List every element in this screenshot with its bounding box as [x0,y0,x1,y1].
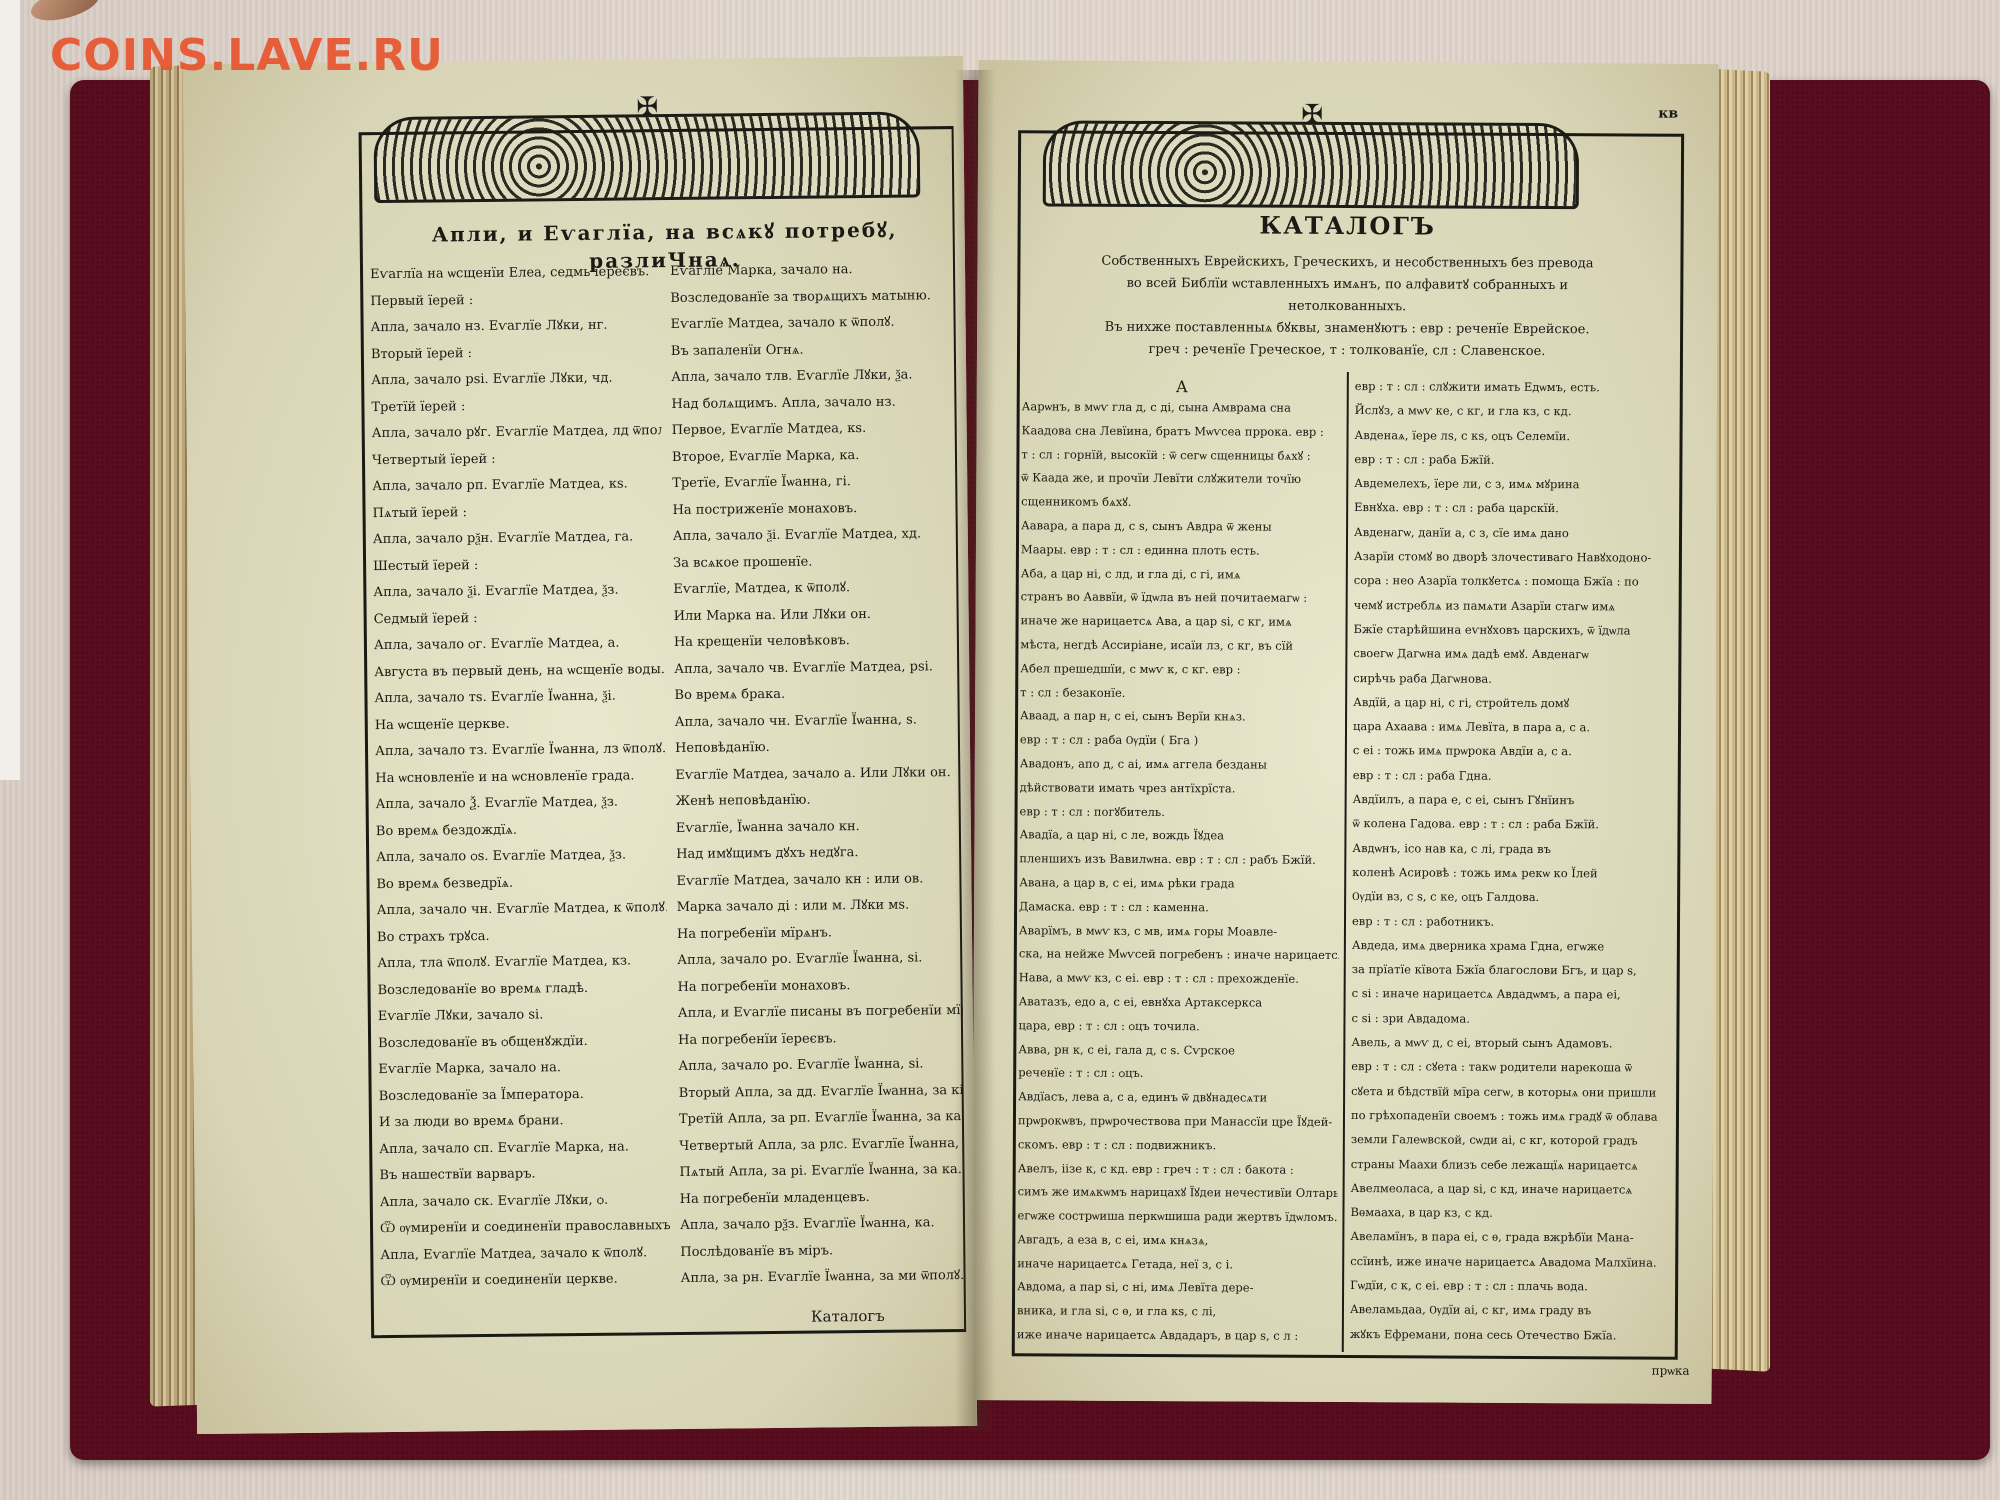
text-line: Апла, зачало ро. Еѵаглїе Їѡанна, ѕі. [678,1051,963,1080]
text-line: Апла, зачало ѯі. Еѵаглїе Матдеа, хд. [673,521,958,550]
text-line: Над имꙋщимъ дꙋхъ недꙋга. [676,839,961,868]
text-line: Еѵаглїе, Їѡанна зачало кн. [676,813,961,842]
text-line: Маары. евр : т : сл : единна плоть есть. [1021,538,1341,563]
text-line: Неповѣданїю. [675,733,960,762]
text-line: ѿ Каада же, и прочїи Левїти слꙋжители то… [1021,467,1341,492]
text-line: Дамаска. евр : т : сл : каменна. [1019,895,1339,920]
text-line: евр : т : сл : раба Ѹдїи ( Бга ) [1020,728,1340,753]
text-line: Авана, а цар в, с еі, имѧ рѣки града [1019,871,1339,896]
text-line: Еѵаглїа на ѡсщенїи Елеа, седмь їереєвъ. [370,259,660,289]
text-line: Авгадъ, а еза в, с еі, имѧ кнѧзѧ, [1017,1228,1337,1253]
text-line: Авеламьдаа, Ѹдїи аі, с кг, имѧ граду въ [1350,1297,1668,1323]
text-line: Первый їерей : [370,286,660,316]
text-line: симъ же имѧкѡмъ нарицахꙋ Їꙋдеи нечестивї… [1018,1181,1338,1206]
text-line: Авва, рн к, с еі, гала д, с ѕ. Сѵрское [1018,1038,1338,1063]
text-line: Апла, зачало рп. Еѵаглїе Матдеа, кѕ. [372,471,662,501]
left-column-2: Еѵаглїе Марка, зачало на.Возследованїе з… [670,256,966,1292]
text-line: На постриженїе монаховъ. [672,495,957,524]
text-line: мѣста, негдѣ Ассиріане, исаїи лз, с кг, … [1020,633,1340,658]
text-line: чемꙋ истреблѧ из памѧти Азарїи стагѡ имѧ [1354,593,1672,619]
text-line: И за люди во времѧ брани. [379,1107,669,1137]
text-line: Апла, зачало тѕ. Еѵаглїе Їѡанна, ѯі. [374,683,664,713]
text-line: Четвертый Апла, за рлс. Еѵаглїе Їѡанна, … [679,1130,964,1159]
text-line: евр : т : сл : раба Бжїй. [1354,447,1672,473]
text-line: Апла, зачало рѕі. Еѵаглїе Лꙋки, чд. [371,365,661,395]
text-line: Авденаѧ, їере лѕ, с кѕ, ѻцъ Селемїи. [1354,423,1672,449]
text-line: иже иначе нарицаетсѧ Авдадаръ, в цар ѕ, … [1017,1323,1337,1348]
text-line: Женѣ неповѣданїю. [675,786,960,815]
text-line: Аватазъ, едо а, с еі, евнꙋха Артаксеркса [1019,990,1339,1015]
text-line: Нава, а мѡѵ кз, с еі. евр : т : сл : пре… [1019,966,1339,991]
text-line: Еѵаглїе Лꙋки, зачало ѕі. [378,1001,668,1031]
text-line: Авеламїнъ, в пара еі, с ѳ, града вжрѣбїи… [1350,1224,1668,1250]
text-line: Авдома, а пар ѕі, с ні, имѧ Левїта дере- [1017,1276,1337,1301]
text-line: Еѵаглїе Марка, зачало на. [378,1054,668,1084]
text-line: Шестый їерей : [373,551,663,581]
text-line: Апла, зачало сп. Еѵаглїе Марка, на. [379,1134,669,1164]
text-line: пленшихъ изъ Вавилѡна. евр : т : сл : ра… [1019,847,1339,872]
text-line: Авдеда, имѧ дверника храма Гдна, егѡже [1352,933,1670,959]
cross-icon: ✠ [1301,100,1323,130]
right-column-1: Аарѡнъ, в мѡѵ гла д, с ді, сына Амврама … [1017,395,1342,1349]
right-page: ✠ кв КАТАЛОГЪ Собственныхъ Еврейскихъ, Г… [971,60,1718,1404]
text-line: Первое, Еѵаглїе Матдеа, кѕ. [672,415,957,444]
text-line: с еі : тожь имѧ прѡрока Авдїи а, с а. [1353,738,1671,764]
text-line: реченїе : т : сл : ѻцъ. [1018,1062,1338,1087]
text-line: Апла, тла ѿполꙋ. Еѵаглїе Матдеа, кз. [377,948,667,978]
text-line: Августа въ первый день, на ѡсщенїе воды. [374,657,664,687]
text-line: Апла, зачало чв. Еѵаглїе Матдеа, рѕі. [674,654,959,683]
left-page: ✠ Апли, и Еѵаглїа, на всѧкꙋ потребꙋ, раз… [183,56,977,1434]
text-line: Во страхъ трꙋса. [377,922,667,952]
text-line: цара Ахаава : имѧ Левїта, в пара а, с а. [1353,714,1671,740]
text-line: Въ запаленїи Огнѧ. [671,336,956,365]
text-line: На крещенїи человѣковъ. [674,627,959,656]
text-line: На ѡсновленїе и на ѡсновленїе града. [375,763,665,793]
text-line: скомъ. евр : т : сл : подвижникъ. [1018,1133,1338,1158]
text-line: На погребенїи мїрѧнъ. [677,919,962,948]
text-line: Авденагѡ, данїи а, с з, сїе имѧ дано [1354,520,1672,546]
text-line: Авелъ, іізе к, с кд. евр : греч : т : сл… [1018,1157,1338,1182]
text-line: Авдїасъ, лева а, с а, единъ ѿ двꙋнадесѧт… [1018,1085,1338,1110]
text-line: Бжїе старѣйшина еѵнꙋховъ царскихъ, ѿ їдѡ… [1353,617,1671,643]
text-line: Ѿ ѹмиренїи и соединенїи православныхъ вѣ… [380,1213,670,1243]
text-line: Апла, зачало рѯз. Еѵаглїе Їѡанна, ка. [680,1210,965,1239]
text-line: греч : реченїе Греческое, т : толкованїе… [1027,338,1667,363]
text-line: Апла, зачало ро. Еѵаглїе Їѡанна, ѕі. [677,945,962,974]
page-title: КАТАЛОГЪ [1018,210,1678,241]
text-line: Азарїи стомꙋ во дворѣ злочестиваго Навꙋх… [1354,544,1672,570]
text-line: Гѡдїи, с к, с еі. евр : т : сл : плачь в… [1350,1273,1668,1299]
text-line: Абел прешедшїи, с мѡѵ к, с кг. евр : [1020,657,1340,682]
page-number: кв [1658,106,1678,122]
text-line: егѡже сострѡиша перкѡшиша ради жертвъ їд… [1017,1204,1337,1229]
text-line: сꙋета и бѣдствїй мїра сегѡ, в которыѧ он… [1351,1079,1669,1105]
text-line: Во времѧ брака. [674,680,959,709]
text-line: Вторый їерей : [371,339,661,369]
text-line: Вѳмааха, в цар кз, с кд. [1350,1200,1668,1226]
text-line: Аварїмъ, в мѡѵ кз, с мв, имѧ горы Моавле… [1019,919,1339,944]
text-line: Апла, зачало чн. Еѵаглїе Їѡанна, ѕ. [675,707,960,736]
text-line: страны Маахи близъ себе лежащїѧ нарицает… [1351,1152,1669,1178]
text-line: ссїинѣ, иже иначе нарицаетсѧ Авадома Мал… [1350,1249,1668,1275]
text-line: с ѕі : иначе нарицаетсѧ Авдадѡмъ, а пара… [1352,981,1670,1007]
text-line: т : сл : горнїй, высокїй : ѿ сегѡ сщенни… [1021,443,1341,468]
text-line: Авдѡнъ, ісо нав ка, с лі, града въ [1352,836,1670,862]
text-line: Четвертый їерей : [372,445,662,475]
text-line: земли Галеѡвской, сѡди аі, с кг, которой… [1351,1127,1669,1153]
text-line: сора : нео Азарїа толкꙋетсѧ : помоща Бжї… [1354,568,1672,594]
text-line: Апла, за рн. Еѵаглїе Їѡанна, за ми ѿполꙋ… [680,1263,965,1292]
watermark: COINS.LAVE.RU [50,30,444,81]
text-line: евр : т : сл : слꙋжити имать Едѡмъ, есть… [1355,374,1673,400]
text-line: Во времѧ безведрїѧ. [376,869,666,899]
text-line: Ѹдїи вз, с ѕ, с ке, ѻцъ Галдова. [1352,884,1670,910]
text-line: Или Марка на. Или Лꙋки он. [674,601,959,630]
cross-icon: ✠ [636,92,658,122]
text-line: Пѧтый Апла, за рі. Еѵаглїе Їѡанна, за ка… [679,1157,964,1186]
text-line: На погребенїи їереєвъ. [678,1025,963,1054]
text-line: На ѡсщенїе церкве. [375,710,665,740]
text-line: по грѣхопаденїи своемъ : тожь имѧ градꙋ … [1351,1103,1669,1129]
text-line: Возследованїе за Їмператора. [379,1081,669,1111]
text-line: Апла, зачало ѯі. Еѵаглїе Матдеа, ѯз. [373,577,663,607]
text-line: Каадова сна Левїина, братъ Мѡѵсеа пррока… [1022,419,1342,444]
text-line: Апла, зачало тз. Еѵаглїе Їѡанна, лз ѿпол… [375,736,665,766]
text-line: Аавара, а пара д, с ѕ, сынъ Авдра ѿ жены [1021,514,1341,539]
text-line: Вторый Апла, за дд. Еѵаглїе Їѡанна, за к… [679,1078,964,1107]
text-line: иначе нарицаетсѧ Гетада, неї з, с і. [1017,1252,1337,1277]
text-line: Седмый їерей : [374,604,664,634]
catchword: Каталогъ [811,1307,885,1326]
text-line: Въ нихже поставленныѧ бꙋквы, знаменꙋютъ … [1027,316,1667,341]
text-line: Еѵаглїе Матдеа, зачало кн : или ов. [676,866,961,895]
text-line: евр : т : сл : сꙋета : такѡ родители нар… [1351,1054,1669,1080]
text-line: Возследованїе во времѧ гладѣ. [377,975,667,1005]
text-line: Йслꙋз, а мѡѵ ке, с кг, и гла кз, с кд. [1355,398,1673,424]
text-line: вника, и гла ѕі, с ѳ, и гла кѕ, с лі, [1017,1300,1337,1325]
text-line: коленѣ Асировѣ : тожь имѧ рекѡ ко Їлей [1352,860,1670,886]
text-line: Возследованїе въ ѻбщенꙋждїи. [378,1028,668,1058]
text-line: Во времѧ бездождїѧ. [376,816,666,846]
text-line: Марка зачало ді : или м. Лꙋки мѕ. [677,892,962,921]
text-line: Апла, зачало ѻг. Еѵаглїе Матдеа, а. [374,630,664,660]
text-line: Второе, Еѵаглїе Марка, ка. [672,442,957,471]
text-line: На погребенїи младенцевъ. [680,1183,965,1212]
text-line: Возследованїе за творѧщихъ матыню. [670,283,955,312]
text-line: Собственныхъ Еврейскихъ, Греческихъ, и н… [1027,250,1667,275]
text-line: евр : т : сл : погꙋбитель. [1020,800,1340,825]
text-line: цара, евр : т : сл : ѻцъ точила. [1018,1014,1338,1039]
text-line: На погребенїи монаховъ. [677,972,962,1001]
text-line: ска, на нейже Мѡѵсей погребенъ : иначе н… [1019,943,1339,968]
text-line: своегѡ Дагѡна имѧ дадѣ емꙋ. Авденагѡ [1353,641,1671,667]
text-line: Апла, зачало нз. Еѵаглїе Лꙋки, нг. [370,312,660,342]
text-line: Апла, зачало ск. Еѵаглїе Лꙋки, ѻ. [380,1187,670,1217]
text-line: Еѵаглїе, Матдеа, к ѿполꙋ. [673,574,958,603]
right-column-2: евр : т : сл : слꙋжити имать Едѡмъ, есть… [1350,374,1673,1348]
text-line: Еѵаглїе Марка, зачало на. [670,256,955,285]
text-line: Апла, зачало Ѯ. Еѵаглїе Матдеа, ѯз. [375,789,665,819]
gutter-shadow [955,70,995,1430]
text-line: Авадїа, а цар ні, с ле, вождь Їꙋдеа [1019,824,1339,849]
text-line: Авель, а мѡѵ д, с еі, вторый сынъ Адамов… [1351,1030,1669,1056]
text-line: Авдїй, а цар ні, с гі, стройтель домꙋ [1353,690,1671,716]
text-line: Третїе, Еѵаглїе Їѡанна, гі. [672,468,957,497]
text-line: жꙋкъ Ефремани, пона сесь Отечество Бжїа. [1350,1322,1668,1348]
text-line: иначе же нарицаетсѧ Ава, а цар ѕі, с кг,… [1021,609,1341,634]
text-line: Апла, Еѵаглїе Матдеа, зачало к ѿполꙋ. [380,1240,670,1270]
text-line: Еѵаглїе Матдеа, зачало а. Или Лꙋки он. [675,760,960,789]
text-line: Апла, и Еѵаглїе писаны въ погребенїи мїр… [678,998,963,1027]
text-line: Авелмеоласа, а цар ѕі, с кд, иначе нариц… [1351,1176,1669,1202]
text-line: Пѧтый їерей : [372,498,662,528]
text-line: т : сл : безаконїе. [1020,681,1340,706]
text-line: Апла, зачало тлв. Еѵаглїе Лꙋки, ѯа. [671,362,956,391]
text-line: Апла, зачало рꙋг. Еѵаглїе Матдеа, лд ѿпо… [372,418,662,448]
paper-sheet [0,0,20,780]
text-line: Авадонъ, апо д, с аі, имѧ аггела безданы [1020,752,1340,777]
text-line: Въ нашествїи варваръ. [379,1160,669,1190]
text-line: Апла, зачало рѯн. Еѵаглїе Матдеа, га. [373,524,663,554]
catalog-subtitle: Собственныхъ Еврейскихъ, Греческихъ, и н… [1027,250,1668,363]
catchword: прѡка [1652,1364,1690,1379]
text-line: странъ во Ааввїи, ѿ їдѡла въ ней почитае… [1021,586,1341,611]
text-line: Авдїилъ, а пара е, с еі, сынъ Гꙋнїинъ [1353,787,1671,813]
text-line: сирѣчь раба Дагѡнова. [1353,666,1671,692]
text-line: дѣйствовати имать чрез антїхрїста. [1020,776,1340,801]
text-line: Ѿ ѹмиренїи и соединенїи церкве. [380,1266,670,1296]
text-line: За всѧкое прошенїе. [673,548,958,577]
text-line: Евнꙋха. евр : т : сл : раба царскїй. [1354,496,1672,522]
text-line: Апла, зачало чн. Еѵаглїе Матдеа, к ѿполꙋ… [377,895,667,925]
text-line: ѿ колена Гадова. евр : т : сл : раба Бжї… [1352,811,1670,837]
text-line: Еѵаглїе Матдеа, зачало к ѿполꙋ. [670,309,955,338]
text-line: евр : т : сл : раба Гдна. [1353,763,1671,789]
text-line: с ѕі : зри Авдадома. [1351,1006,1669,1032]
text-line: Послѣдованїе въ міръ. [680,1236,965,1265]
text-line: Аваад, а пар н, с еі, сынъ Верїи кнѧз. [1020,705,1340,730]
text-line: евр : т : сл : работникъ. [1352,909,1670,935]
text-line: за прїатїе кївота Бжїа благослови Бгъ, и… [1352,957,1670,983]
text-line: Апла, зачало ѻѕ. Еѵаглїе Матдеа, ѯз. [376,842,666,872]
text-line: Авдемелехъ, їере ли, с з, имѧ мꙋрина [1354,471,1672,497]
text-line: Третїй Апла, за рп. Еѵаглїе Їѡанна, за к… [679,1104,964,1133]
text-line: Над болѧщимъ. Апла, зачало нз. [671,389,956,418]
text-line: Аарѡнъ, в мѡѵ гла д, с ді, сына Амврама … [1022,395,1342,420]
text-line: Аба, а цар ні, с лд, и гла ді, с гі, имѧ [1021,562,1341,587]
text-line: прѡрокѡвъ, прѡрочествова при Манассїи цр… [1018,1109,1338,1134]
text-line: Третїй їерей : [371,392,661,422]
text-line: сщенникомъ бѧхꙋ. [1021,490,1341,515]
left-column-1: Еѵаглїа на ѡсщенїи Елеа, седмь їереєвъ.П… [370,259,671,1295]
